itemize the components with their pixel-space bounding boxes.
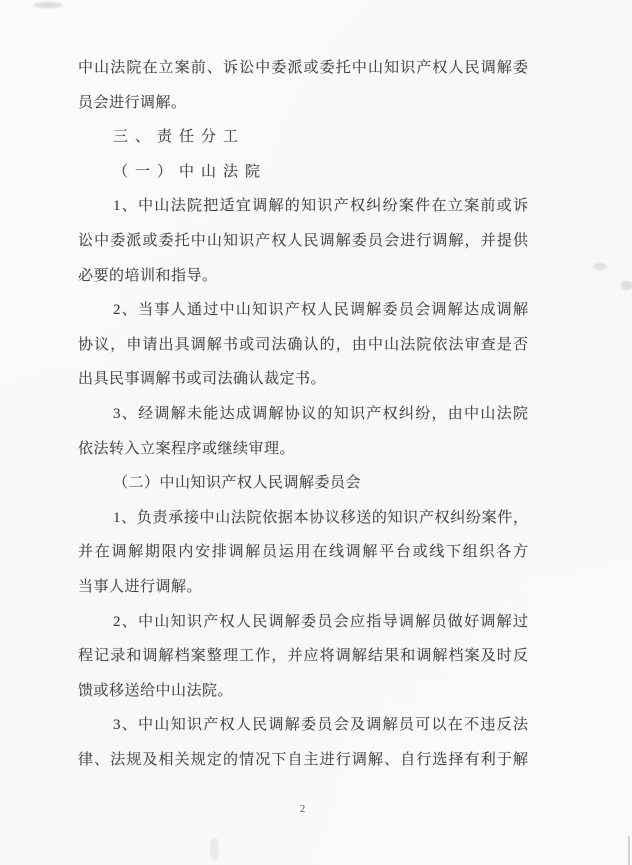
body-text-line: 馈或移送给中山法院。: [78, 674, 528, 709]
body-text-line: 程记录和调解档案整理工作，并应将调解结果和调解档案及时反: [78, 639, 528, 674]
scan-artifact: [33, 2, 63, 8]
body-text-line: 讼中委派或委托中山知识产权人民调解委员会进行调解，并提供: [78, 224, 528, 259]
body-text-line: 1、中山法院把适宜调解的知识产权纠纷案件在立案前或诉: [78, 189, 528, 224]
body-text-line: 3、中山知识产权人民调解委员会及调解员可以在不违反法: [78, 708, 528, 743]
subsection-heading-mediation-committee: （二）中山知识产权人民调解委员会: [78, 466, 528, 501]
body-text-line: 律、法规及相关规定的情况下自主进行调解、自行选择有利于解: [78, 743, 528, 778]
body-text-line: 2、中山知识产权人民调解委员会应指导调解员做好调解过: [78, 605, 528, 640]
body-text-line: 中山法院在立案前、诉讼中委派或委托中山知识产权人民调解委: [78, 51, 528, 86]
body-text-line: 1、负责承接中山法院依据本协议移送的知识产权纠纷案件，: [78, 501, 528, 536]
page-number: 2: [78, 803, 528, 815]
section-heading-responsibilities: 三、责任分工: [78, 120, 528, 155]
body-text-line: 2、当事人通过中山知识产权人民调解委员会调解达成调解: [78, 293, 528, 328]
body-text-line: 3、经调解未能达成调解协议的知识产权纠纷，由中山法院: [78, 397, 528, 432]
body-text-line: 必要的培训和指导。: [78, 259, 528, 294]
body-text-line: 出具民事调解书或司法确认裁定书。: [78, 362, 528, 397]
body-text-line: 当事人进行调解。: [78, 570, 528, 605]
body-text-line: 协议，申请出具调解书或司法确认的，由中山法院依法审查是否: [78, 328, 528, 363]
scan-artifact: [621, 281, 632, 290]
scan-artifact: [593, 263, 607, 270]
document-body: 中山法院在立案前、诉讼中委派或委托中山知识产权人民调解委 员会进行调解。 三、责…: [78, 51, 528, 777]
scanned-document-page: 中山法院在立案前、诉讼中委派或委托中山知识产权人民调解委 员会进行调解。 三、责…: [0, 0, 632, 865]
body-text-line: 员会进行调解。: [78, 86, 528, 121]
body-text-line: 依法转入立案程序或继续审理。: [78, 432, 528, 467]
subsection-heading-zhongshan-court: （一）中山法院: [78, 155, 528, 190]
scan-artifact: [628, 836, 630, 865]
body-text-line: 并在调解期限内安排调解员运用在线调解平台或线下组织各方: [78, 535, 528, 570]
scan-artifact: [210, 838, 219, 860]
